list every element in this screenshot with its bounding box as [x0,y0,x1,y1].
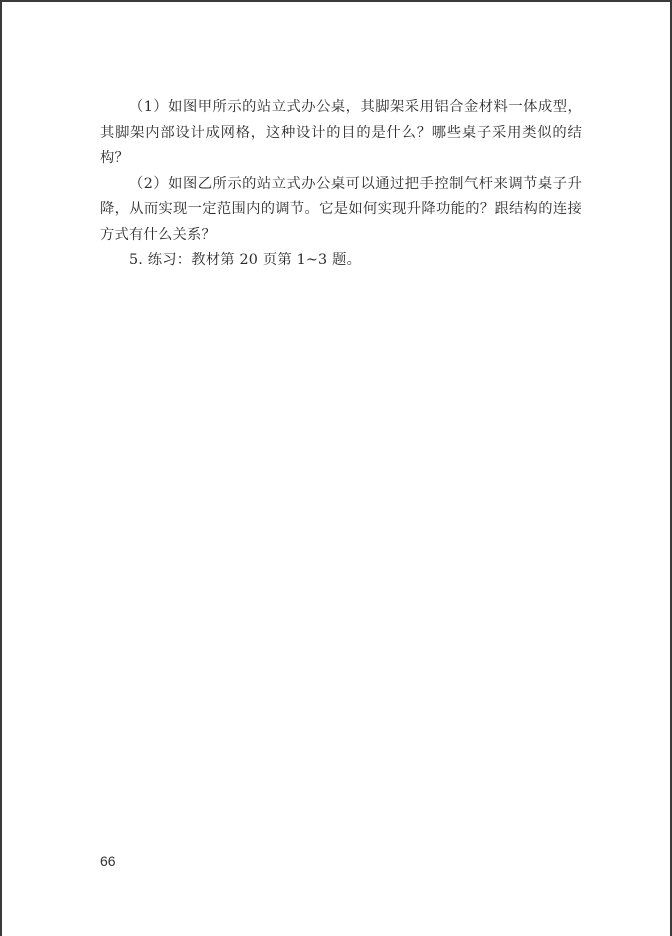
page-number: 66 [100,853,116,869]
page-content: （1）如图甲所示的站立式办公桌，其脚架采用铝合金材料一体成型，其脚架内部设计成网… [100,95,582,274]
question-2-paragraph: （2）如图乙所示的站立式办公桌可以通过把手控制气杆来调节桌子升降，从而实现一定范… [100,172,582,249]
exercise-paragraph: 5. 练习：教材第 20 页第 1~3 题。 [100,248,582,274]
question-1-paragraph: （1）如图甲所示的站立式办公桌，其脚架采用铝合金材料一体成型，其脚架内部设计成网… [100,95,582,172]
document-page: （1）如图甲所示的站立式办公桌，其脚架采用铝合金材料一体成型，其脚架内部设计成网… [0,0,672,936]
